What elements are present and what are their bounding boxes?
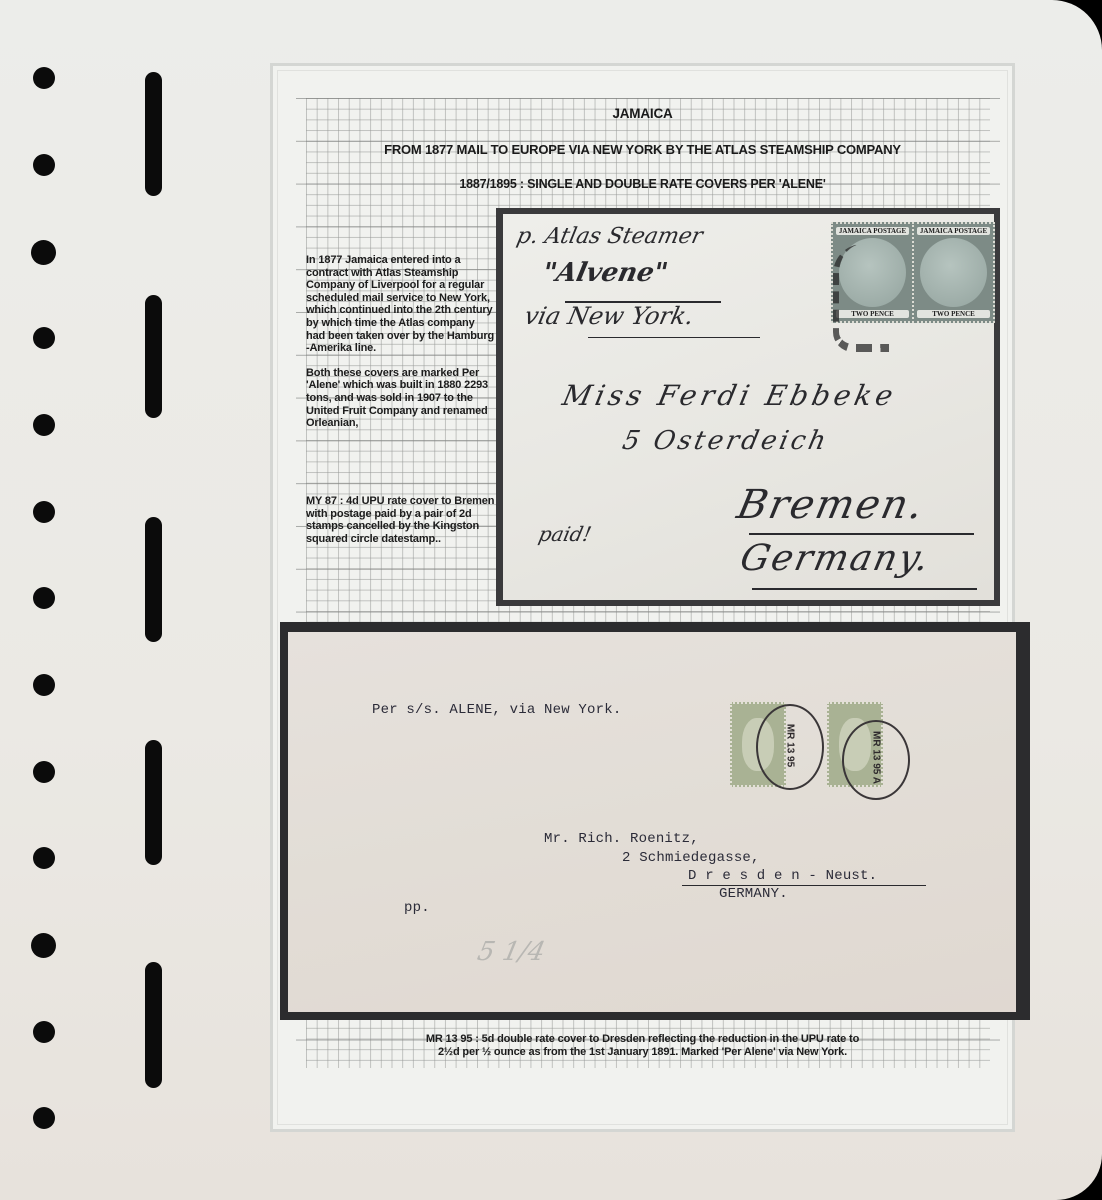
binder-hole <box>33 67 55 89</box>
cover2-pencil-note: 5 1/4 <box>475 937 548 967</box>
notes-block: In 1877 Jamaica entered into a contract … <box>306 254 496 442</box>
cover2-routing: Per s/s. ALENE, via New York. <box>372 702 621 718</box>
page-subtitle: FROM 1877 MAIL TO EUROPE VIA NEW YORK BY… <box>270 142 1015 157</box>
cover1-routing-line1: p. Atlas Steamer <box>514 224 705 249</box>
binder-slot <box>145 295 162 418</box>
wavy-underline <box>588 337 760 338</box>
binder-hole <box>33 674 55 696</box>
cover2-envelope: Per s/s. ALENE, via New York. MR 13 95 M… <box>288 632 1016 1012</box>
cover2-caption: MR 13 95 : 5d double rate cover to Dresd… <box>270 1033 1015 1059</box>
binder-hole <box>33 501 55 523</box>
cover2-country: GERMANY. <box>719 886 788 902</box>
cover1-country: Germany. <box>737 538 935 579</box>
cover1-ship-name: "Alvene" <box>540 258 671 288</box>
cover1-envelope: p. Atlas Steamer "Alvene" via New York. … <box>503 214 994 600</box>
note-intro: In 1877 Jamaica entered into a contract … <box>306 254 496 355</box>
binder-slot <box>145 740 162 865</box>
cover1-addressee: Miss Ferdi Ebbeke <box>559 379 899 412</box>
page-title: JAMAICA <box>270 106 1015 121</box>
binder-hole <box>33 414 55 436</box>
squared-circle-cancel-icon <box>833 244 889 352</box>
cover1-paid-note: paid! <box>536 522 593 546</box>
binder-hole <box>33 1107 55 1129</box>
cover2-addressee: Mr. Rich. Roenitz, <box>544 831 699 847</box>
kingston-postmark-2: MR 13 95 A <box>842 720 910 800</box>
binder-hole <box>31 933 56 958</box>
binder-hole <box>33 761 55 783</box>
binder-slot <box>145 72 162 196</box>
kingston-postmark-1: MR 13 95 <box>756 704 824 790</box>
binder-hole <box>33 847 55 869</box>
cover2-street: 2 Schmiedegasse, <box>622 850 760 866</box>
cover1-street: 5 Osterdeich <box>620 426 832 456</box>
cover1-routing-line3: via New York. <box>522 302 696 330</box>
binder-hole <box>33 587 55 609</box>
note-cover1: MY 87 : 4d UPU rate cover to Bremen with… <box>306 495 496 545</box>
album-page: JAMAICA FROM 1877 MAIL TO EUROPE VIA NEW… <box>0 0 1102 1200</box>
binder-slot <box>145 962 162 1088</box>
binder-hole <box>33 1021 55 1043</box>
binder-hole <box>33 327 55 349</box>
note-ship: Both these covers are marked Per 'Alene'… <box>306 367 496 430</box>
cover1-city: Bremen. <box>733 482 929 528</box>
binder-hole <box>33 154 55 176</box>
underline <box>749 533 974 535</box>
cover2-city: D r e s d e n - Neust. <box>688 868 877 884</box>
section-title: 1887/1895 : SINGLE AND DOUBLE RATE COVER… <box>270 177 1015 191</box>
binder-hole <box>31 240 56 265</box>
queen-victoria-portrait-icon <box>920 238 987 307</box>
underline <box>752 588 977 590</box>
binder-slot <box>145 517 162 642</box>
cover2-pp: pp. <box>404 900 430 916</box>
stamp-two-pence-2: JAMAICA POSTAGE TWO PENCE <box>912 222 995 323</box>
